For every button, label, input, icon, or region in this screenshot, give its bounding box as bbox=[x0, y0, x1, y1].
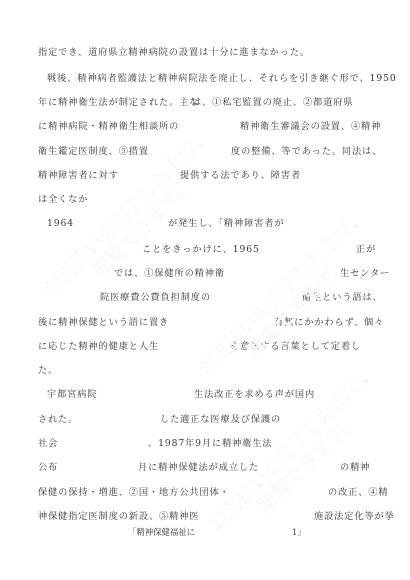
text-segment: 生センター bbox=[340, 267, 390, 281]
text-segment: を意味する言葉として定着し bbox=[230, 340, 361, 354]
text-segment: 指定でき、道府県立精神病院の設置は十分に進まなかった。 bbox=[38, 46, 310, 60]
text-segment: 院医療費公費負担制度の bbox=[100, 291, 211, 305]
text-line: 神保健指定医制度の新設、⑤精神医施設法定化等が挙 bbox=[38, 510, 372, 524]
document-page: 指定でき、道府県立精神病院の設置は十分に進まなかった。戦後、精神病者監護法と精神… bbox=[0, 0, 410, 580]
footer-title-right: 1」 bbox=[292, 525, 306, 539]
text-segment: 衛生という語は、 bbox=[302, 291, 383, 305]
text-segment: 保健の保持・増進、②国・地方公共団体・ bbox=[38, 486, 230, 500]
text-segment: は、①私宅監置の廃止、②都道府県 bbox=[192, 96, 353, 110]
text-segment: ことをきっかけに、1965 bbox=[142, 243, 260, 257]
text-line: た。 bbox=[38, 364, 372, 378]
text-line: に応じた精神的健康と人生を意味する言葉として定着し bbox=[38, 340, 372, 354]
text-segment: した適正な医療及び保護の bbox=[160, 413, 281, 427]
text-line: ことをきっかけに、1965正が bbox=[38, 243, 372, 257]
text-segment: 後に精神保健という語に置き bbox=[38, 316, 169, 330]
text-segment: 社会 bbox=[38, 437, 58, 451]
text-line: では、①保健所の精神衛生センター bbox=[38, 267, 372, 281]
text-segment: た。 bbox=[38, 364, 58, 378]
text-line: 精神障害者に対す提供する法であり、障害者 bbox=[38, 169, 372, 183]
text-segment: の精神 bbox=[340, 461, 370, 475]
text-segment: 精神衛生審議会の設置、④精神 bbox=[240, 120, 381, 134]
text-segment: 年に精神衛生法が制定された。主な bbox=[38, 96, 199, 110]
text-segment: の改正、④精 bbox=[328, 486, 389, 500]
text-segment: 1964 bbox=[47, 217, 74, 231]
text-segment: 宇都宮病院 bbox=[47, 388, 97, 402]
text-segment: 神保健指定医制度の新設、⑤精神医 bbox=[38, 510, 199, 524]
text-segment: は全くなか bbox=[38, 193, 88, 207]
text-line: 公布月に精神保健法が成立したの精神 bbox=[38, 461, 372, 475]
text-line: された。した適正な医療及び保護の bbox=[38, 413, 372, 427]
text-line: 1964が発生し、「精神障害者が bbox=[38, 217, 372, 231]
footer-title-left: 「精神保健福祉に bbox=[128, 525, 195, 539]
text-line: 社会、1987年9月に精神衛生法 bbox=[38, 437, 372, 451]
text-segment: 度の整備、等であった。同法は、 bbox=[231, 145, 382, 159]
text-segment: では、①保健所の精神衛 bbox=[114, 267, 225, 281]
text-line: 年に精神衛生法が制定された。主なは、①私宅監置の廃止、②都道府県 bbox=[38, 96, 372, 110]
text-line: 衛生鑑定医制度、⑤措置度の整備、等であった。同法は、 bbox=[38, 145, 372, 159]
text-segment: 生法改正を求める声が国内 bbox=[194, 388, 315, 402]
text-segment: 公布 bbox=[38, 461, 58, 475]
text-segment: 正が bbox=[356, 243, 376, 257]
text-segment: 月に精神保健法が成立した bbox=[138, 461, 259, 475]
text-segment: 施設法定化等が挙 bbox=[314, 510, 395, 524]
text-segment: が発生し、「精神障害者が bbox=[168, 217, 284, 231]
text-line: 宇都宮病院生法改正を求める声が国内 bbox=[38, 388, 372, 402]
text-line: に精神病院・精神衛生相談所の精神衛生審議会の設置、④精神 bbox=[38, 120, 372, 134]
text-segment: 精神障害者に対す bbox=[38, 169, 119, 183]
text-line: 指定でき、道府県立精神病院の設置は十分に進まなかった。 bbox=[38, 46, 372, 60]
text-line: 保健の保持・増進、②国・地方公共団体・の改正、④精 bbox=[38, 486, 372, 500]
text-segment: に精神病院・精神衛生相談所の bbox=[38, 120, 179, 134]
text-segment: 、1987年9月に精神衛生法 bbox=[148, 437, 273, 451]
text-line: 戦後、精神病者監護法と精神病院法を廃止し、それらを引き継ぐ形で、1950 bbox=[38, 72, 372, 86]
text-segment: に応じた精神的健康と人生 bbox=[38, 340, 159, 354]
text-line: は全くなか bbox=[38, 193, 372, 207]
text-segment: 有無にかかわらず、個々 bbox=[274, 316, 384, 330]
text-segment: された。 bbox=[38, 413, 78, 427]
text-segment: 戦後、精神病者監護法と精神病院法を廃止し、それらを引き継ぐ形で、1950 bbox=[47, 72, 397, 86]
text-segment: 提供する法であり、障害者 bbox=[180, 169, 301, 183]
text-line: 後に精神保健という語に置き有無にかかわらず、個々 bbox=[38, 316, 372, 330]
text-segment: 衛生鑑定医制度、⑤措置 bbox=[38, 145, 149, 159]
text-line: 院医療費公費負担制度の衛生という語は、 bbox=[38, 291, 372, 305]
